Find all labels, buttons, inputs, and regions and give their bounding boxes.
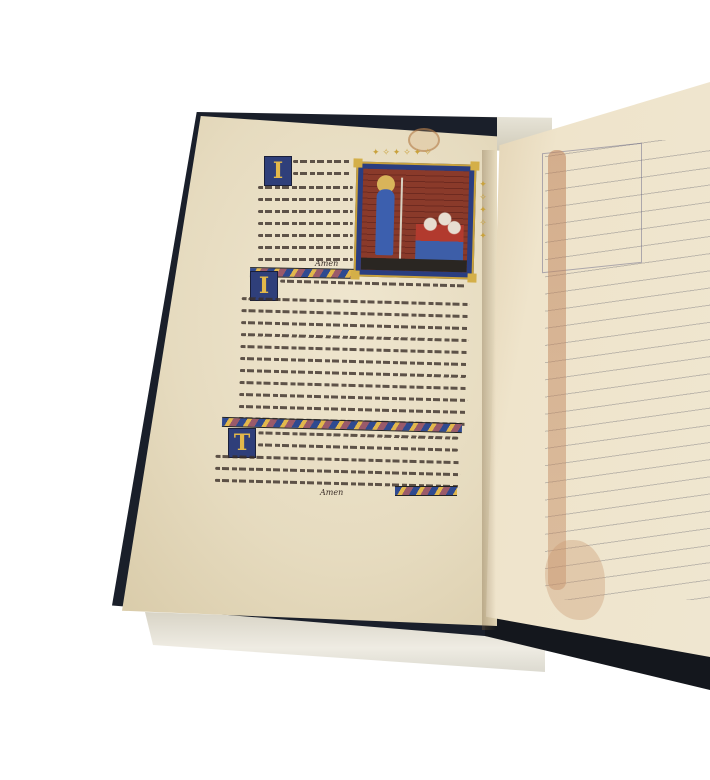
- flourish-icon: ✦ ✧ ✦ ✧ ✦: [478, 180, 488, 241]
- text-block-1-top: [293, 160, 351, 184]
- text-block-1: [258, 186, 353, 270]
- gold-corner: [470, 161, 479, 170]
- flourish-icon: ✦ ✧ ✦ ✧ ✦ ✧: [372, 148, 432, 158]
- gold-corner: [353, 158, 362, 167]
- initial-letter: I: [273, 160, 283, 182]
- staff: [399, 178, 403, 260]
- water-stain-streak: [548, 150, 566, 590]
- text-ending: Amen: [315, 259, 338, 268]
- initial-letter: I: [259, 275, 269, 297]
- line-filler-band: [395, 486, 457, 496]
- standing-figure: [375, 189, 395, 255]
- text-ending: Amen: [320, 488, 343, 497]
- gold-corner: [467, 273, 476, 282]
- gold-corner: [350, 270, 359, 279]
- text-block-2: [238, 297, 469, 435]
- photo-scene: ✦ ✧ ✦ ✧ ✦ ✧ ✦ ✧ ✦ ✧ ✦ I Amen I: [0, 0, 710, 780]
- illuminated-initial: T: [228, 428, 256, 458]
- crowd-figures: [415, 207, 464, 264]
- ground: [361, 258, 467, 273]
- illuminated-initial: I: [264, 156, 292, 186]
- miniature-painting: [354, 161, 477, 279]
- initial-letter: T: [234, 432, 250, 454]
